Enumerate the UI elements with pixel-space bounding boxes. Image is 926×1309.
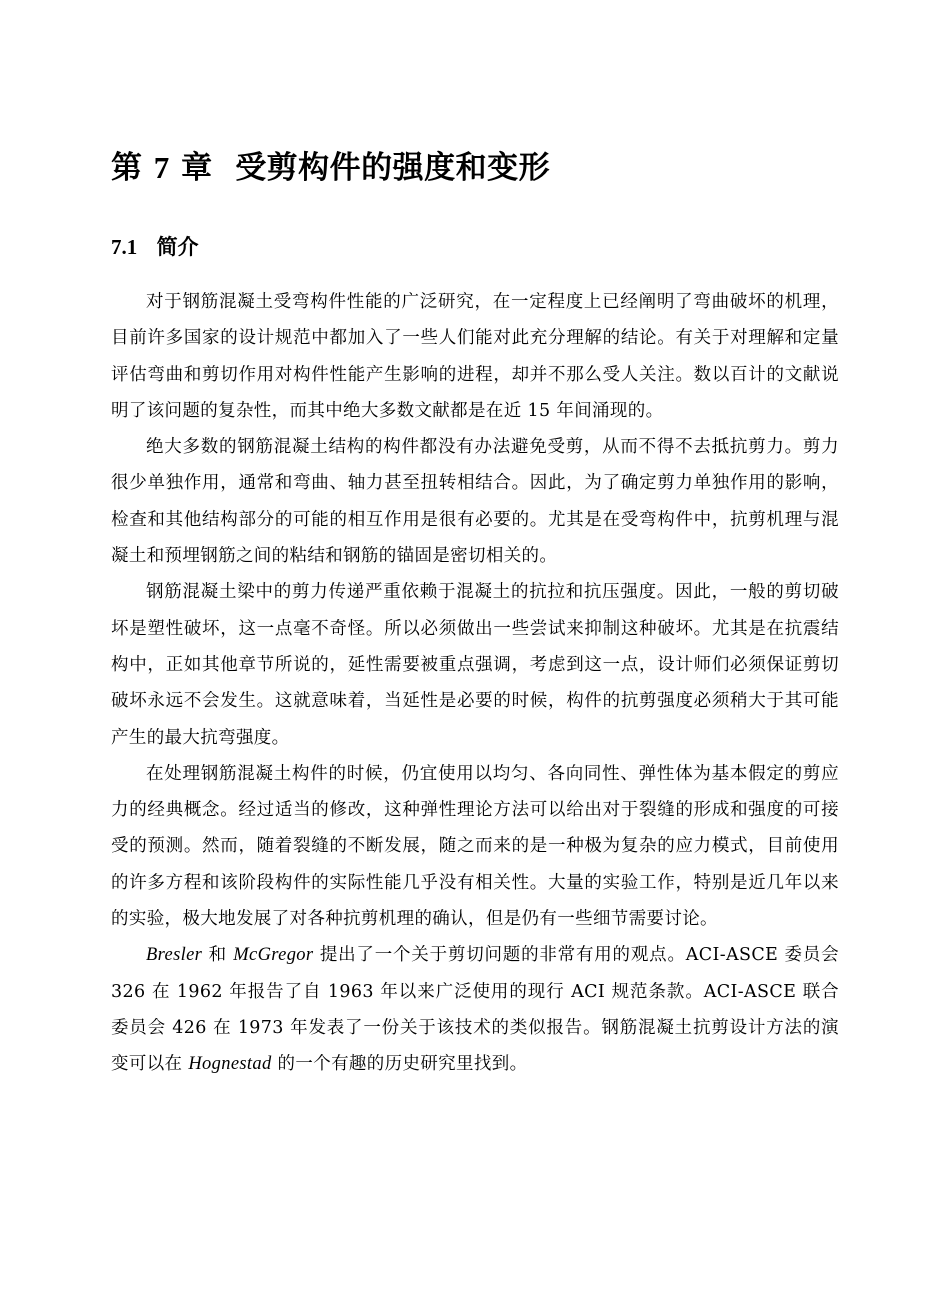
chapter-number: 7 bbox=[154, 150, 170, 185]
chapter-prefix: 第 bbox=[111, 150, 143, 186]
author-mcgregor: McGregor bbox=[233, 945, 313, 965]
conjunction: 和 bbox=[202, 945, 233, 965]
section-number: 7.1 bbox=[111, 235, 137, 259]
paragraph-5-text-b: 的一个有趣的历史研究里找到。 bbox=[272, 1054, 528, 1074]
paragraph-3: 钢筋混凝土梁中的剪力传递严重依赖于混凝土的抗拉和抗压强度。因此，一般的剪切破坏是… bbox=[111, 574, 839, 755]
paragraph-1: 对于钢筋混凝土受弯构件性能的广泛研究，在一定程度上已经阐明了弯曲破坏的机理，目前… bbox=[111, 284, 839, 429]
author-hognestad: Hognestad bbox=[188, 1054, 271, 1074]
section-heading: 7.1 简介 bbox=[111, 230, 199, 264]
body-text: 对于钢筋混凝土受弯构件性能的广泛研究，在一定程度上已经阐明了弯曲破坏的机理，目前… bbox=[111, 284, 839, 1083]
chapter-title-text: 受剪构件的强度和变形 bbox=[235, 150, 550, 186]
chapter-title: 第 7 章 受剪构件的强度和变形 bbox=[111, 146, 550, 190]
section-title-text: 简介 bbox=[157, 235, 199, 259]
paragraph-2: 绝大多数的钢筋混凝土结构的构件都没有办法避免受剪，从而不得不去抵抗剪力。剪力很少… bbox=[111, 429, 839, 574]
paragraph-4: 在处理钢筋混凝土构件的时候，仍宜使用以均匀、各向同性、弹性体为基本假定的剪应力的… bbox=[111, 756, 839, 937]
paragraph-5: Bresler 和 McGregor 提出了一个关于剪切问题的非常有用的观点。A… bbox=[111, 937, 839, 1082]
chapter-suffix: 章 bbox=[181, 150, 213, 186]
author-bresler: Bresler bbox=[146, 945, 202, 965]
